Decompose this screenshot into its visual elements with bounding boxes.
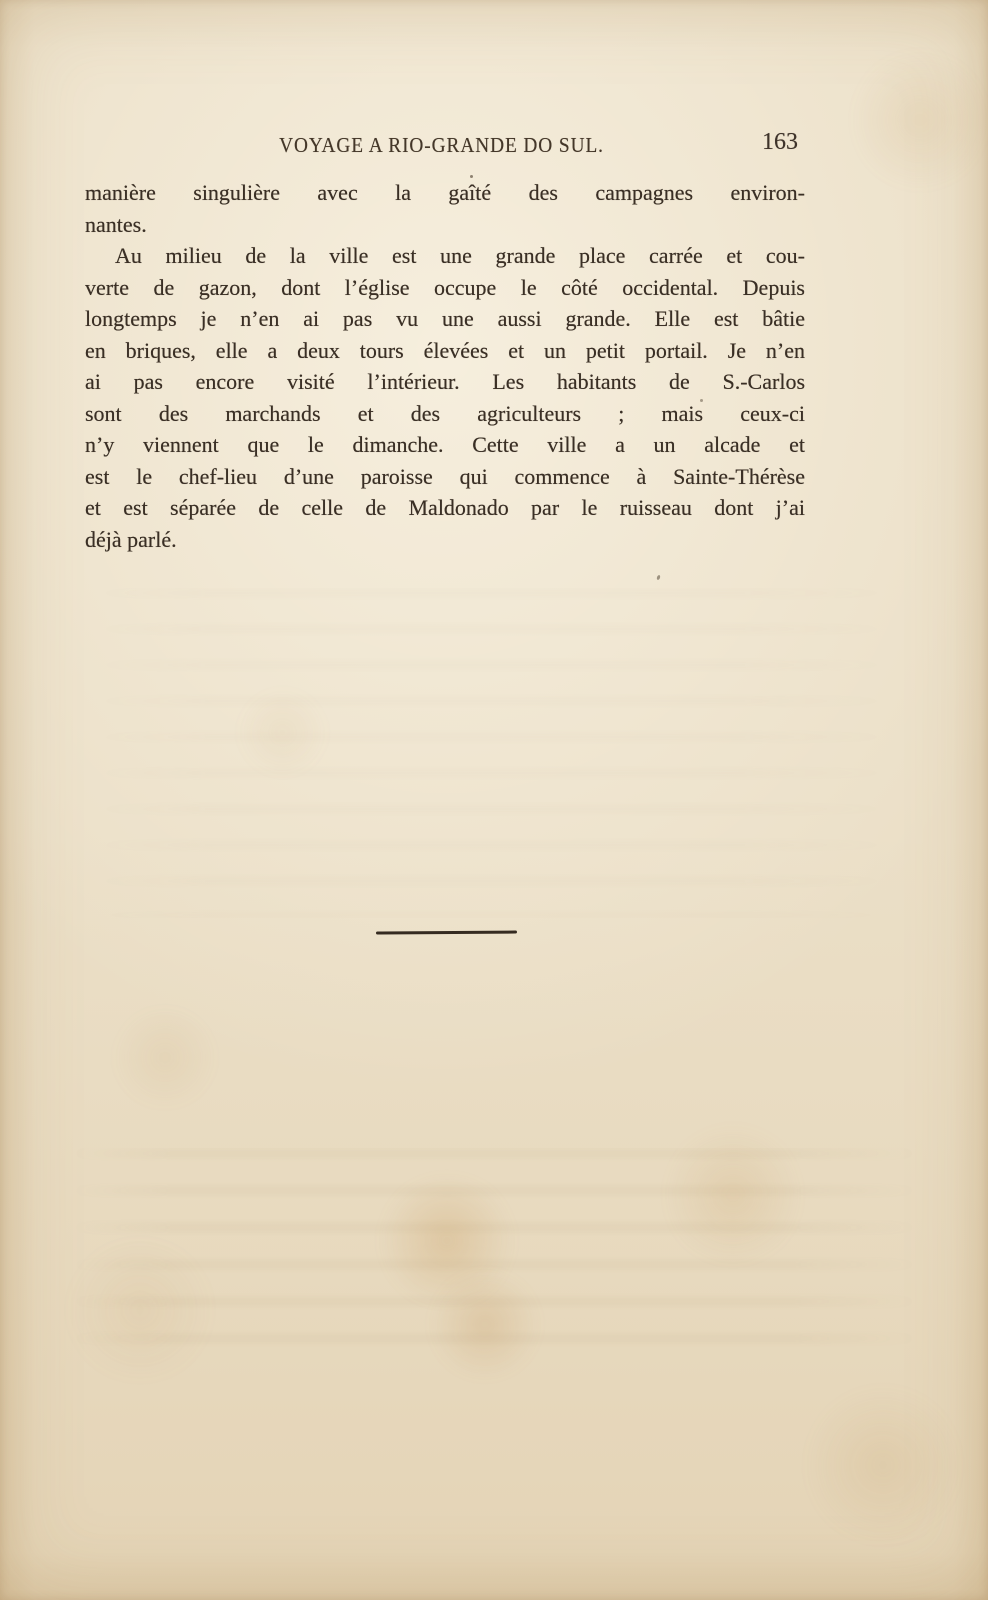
running-header: VOYAGE A RIO-GRANDE DO SUL. 163 (85, 130, 798, 160)
text-line: Au milieu de la ville est une grande pla… (85, 240, 805, 272)
foxing-stain (110, 1010, 220, 1105)
section-divider-rule (376, 931, 517, 935)
ink-speck (700, 399, 703, 402)
foxing-stain (668, 1120, 798, 1270)
text-line: ai pas encore visité l’intérieur. Les ha… (85, 366, 805, 398)
text-line: nantes. (85, 209, 805, 241)
foxing-stain (425, 1272, 545, 1377)
text-line: manière singulière avec la gaîté des cam… (85, 177, 805, 209)
ink-showthrough-lower (70, 1148, 920, 1363)
text-line: longtemps je n’en ai pas vu une aussi gr… (85, 303, 805, 335)
ink-speck (470, 175, 473, 178)
foxing-stain (60, 1240, 220, 1380)
foxing-stain (235, 690, 330, 775)
body-text: manière singulière avec la gaîté des cam… (85, 177, 805, 555)
text-line: verte de gazon, dont l’église occupe le … (85, 272, 805, 304)
page-number: 163 (762, 127, 798, 157)
ink-showthrough-upper (85, 588, 905, 918)
text-line: et est séparée de celle de Maldonado par… (85, 492, 805, 524)
ink-speck (656, 575, 661, 581)
foxing-stain (808, 1380, 958, 1550)
text-line: est le chef-lieu d’une paroisse qui comm… (85, 461, 805, 493)
text-line: en briques, elle a deux tours élevées et… (85, 335, 805, 367)
book-page-scan: VOYAGE A RIO-GRANDE DO SUL. 163 manière … (0, 0, 988, 1600)
running-header-title: VOYAGE A RIO-GRANDE DO SUL. (114, 130, 770, 160)
text-line: n’y viennent que le dimanche. Cette vill… (85, 429, 805, 461)
foxing-stain (372, 1178, 522, 1303)
text-line: déjà parlé. (85, 524, 805, 556)
foxing-stain (855, 45, 985, 195)
text-line: sont des marchands et des agriculteurs ;… (85, 398, 805, 430)
